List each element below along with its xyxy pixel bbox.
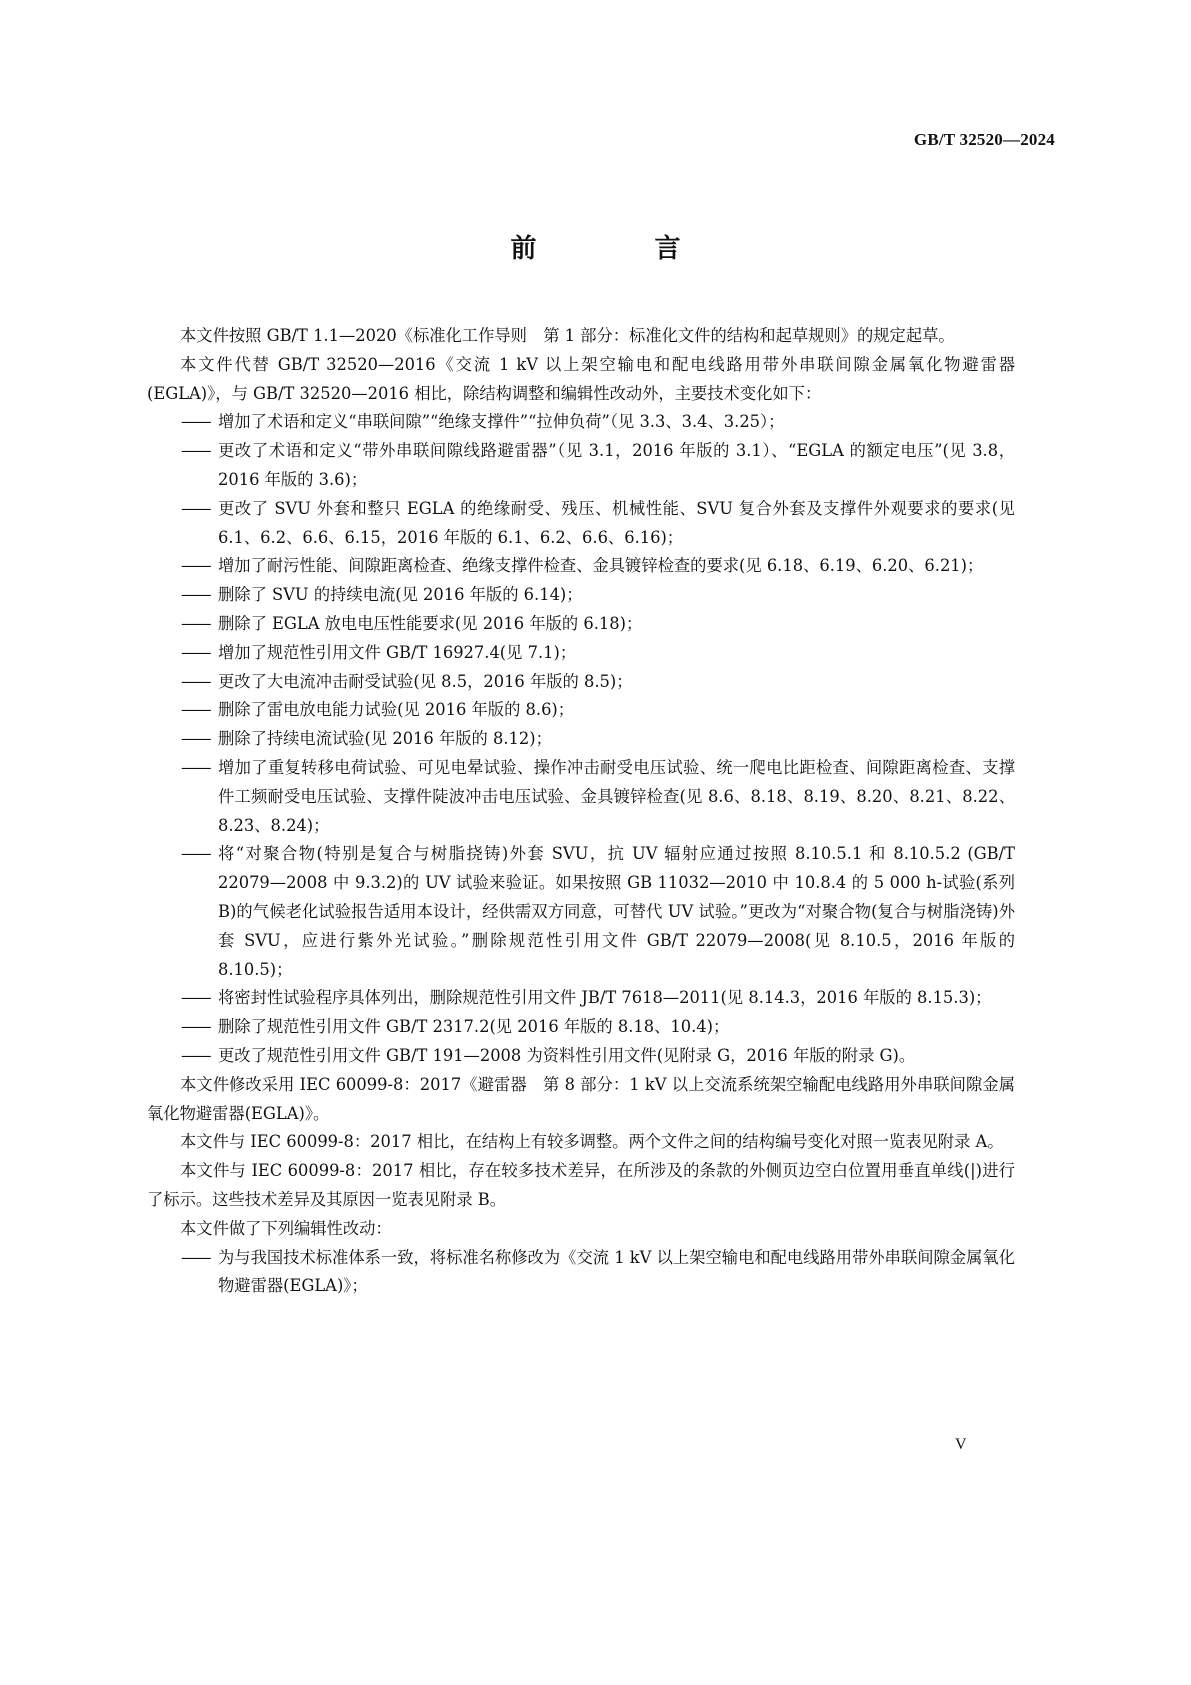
list-item: ——将“对聚合物(特别是复合与树脂挠铸)外套 SVU，抗 UV 辐射应通过按照 … [147,840,1015,984]
dash-bullet-icon: —— [181,581,218,610]
dash-bullet-icon: —— [181,984,218,1013]
list-item: ——增加了耐污性能、间隙距离检查、绝缘支撑件检查、金具镀锌检查的要求(见 6.1… [147,552,1015,581]
list-item: ——为与我国技术标准体系一致，将标准名称修改为《交流 1 kV 以上架空输电和配… [147,1244,1015,1302]
dash-bullet-icon: —— [181,1013,218,1042]
list-item: ——删除了持续电流试验(见 2016 年版的 8.12)； [147,725,1015,754]
dash-bullet-icon: —— [181,552,218,581]
list-item: ——删除了规范性引用文件 GB/T 2317.2(见 2016 年版的 8.18… [147,1013,1015,1042]
list-item: ——增加了规范性引用文件 GB/T 16927.4(见 7.1)； [147,639,1015,668]
page-title: 前 言 [0,228,1191,265]
dash-bullet-icon: —— [181,495,218,524]
paragraph-structure-differences: 本文件与 IEC 60099-8：2017 相比，在结构上有较多调整。两个文件之… [147,1128,1015,1157]
paragraph-iec-adoption: 本文件修改采用 IEC 60099-8：2017《避雷器 第 8 部分：1 kV… [147,1071,1015,1129]
list-item: ——将密封性试验程序具体列出，删除规范性引用文件 JB/T 7618—2011(… [147,984,1015,1013]
dash-bullet-icon: —— [181,840,218,869]
list-item: ——删除了 EGLA 放电电压性能要求(见 2016 年版的 6.18)； [147,610,1015,639]
list-item: ——更改了术语和定义“带外串联间隙线路避雷器”（见 3.1，2016 年版的 3… [147,437,1015,495]
technical-changes-list: ——增加了术语和定义“串联间隙”“绝缘支撑件”“拉伸负荷”（见 3.3、3.4、… [147,408,1015,1070]
paragraph-drafting-rules: 本文件按照 GB/T 1.1—2020《标准化工作导则 第 1 部分：标准化文件… [147,322,1015,351]
document-code: GB/T 32520—2024 [914,130,1055,150]
paragraph-replaces: 本文件代替 GB/T 32520—2016《交流 1 kV 以上架空输电和配电线… [147,351,1015,409]
dash-bullet-icon: —— [181,754,218,783]
list-item: ——更改了规范性引用文件 GB/T 191—2008 为资料性引用文件(见附录 … [147,1042,1015,1071]
dash-bullet-icon: —— [181,408,218,437]
list-item: ——删除了 SVU 的持续电流(见 2016 年版的 6.14)； [147,581,1015,610]
dash-bullet-icon: —— [181,1244,218,1273]
dash-bullet-icon: —— [181,610,218,639]
list-item: ——删除了雷电放电能力试验(见 2016 年版的 8.6)； [147,696,1015,725]
editorial-changes-list: ——为与我国技术标准体系一致，将标准名称修改为《交流 1 kV 以上架空输电和配… [147,1244,1015,1302]
paragraph-editorial-intro: 本文件做了下列编辑性改动： [147,1215,1015,1244]
dash-bullet-icon: —— [181,668,218,697]
list-item: ——增加了重复转移电荷试验、可见电晕试验、操作冲击耐受电压试验、统一爬电比距检查… [147,754,1015,840]
page-number: V [955,1436,967,1454]
dash-bullet-icon: —— [181,696,218,725]
dash-bullet-icon: —— [181,437,218,466]
paragraph-technical-differences: 本文件与 IEC 60099-8：2017 相比，存在较多技术差异，在所涉及的条… [147,1157,1015,1215]
dash-bullet-icon: —— [181,639,218,668]
foreword-body: 本文件按照 GB/T 1.1—2020《标准化工作导则 第 1 部分：标准化文件… [147,322,1015,1301]
dash-bullet-icon: —— [181,725,218,754]
list-item: ——增加了术语和定义“串联间隙”“绝缘支撑件”“拉伸负荷”（见 3.3、3.4、… [147,408,1015,437]
list-item: ——更改了大电流冲击耐受试验(见 8.5，2016 年版的 8.5)； [147,668,1015,697]
list-item: ——更改了 SVU 外套和整只 EGLA 的绝缘耐受、残压、机械性能、SVU 复… [147,495,1015,553]
dash-bullet-icon: —— [181,1042,218,1071]
